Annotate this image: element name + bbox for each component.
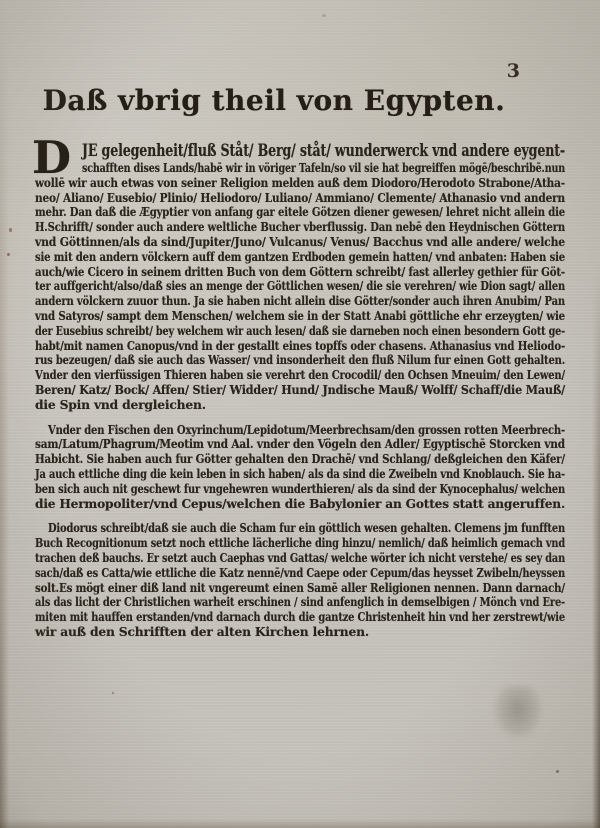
text-line: rus bezeugen/ daß sie auch das Wasser/ v… xyxy=(35,353,565,368)
text-line: solt.Es mögt einer diß land nit vngereum… xyxy=(35,581,565,596)
paper-speck xyxy=(7,253,10,256)
text-line: Beren/ Katz/ Bock/ Affen/ Stier/ Widder/… xyxy=(35,383,565,398)
text-line: Habicht. Sie haben auch fur Götter gehal… xyxy=(35,452,565,467)
text-line: Diodorus schreibt/daß sie auch die Scham… xyxy=(35,521,565,536)
text-line: H.Schrifft/ sonder auch andere weltliche… xyxy=(35,220,565,235)
text-line: sam/Latum/Phagrum/Meotim vnd Aal. vnder … xyxy=(35,437,565,452)
text-line: Vnder den vierfüssigen Thieren haben sie… xyxy=(35,368,565,383)
paragraph-1: DJE gelegenheit/fluß Ståt/ Berg/ ståt/ w… xyxy=(35,140,565,413)
text-line: Ja auch ettliche ding die kein leben in … xyxy=(35,467,565,482)
text-line: die Hermopoliter/vnd Cepus/welchen die B… xyxy=(35,497,565,512)
paper-speck xyxy=(556,770,559,773)
drop-cap: D xyxy=(32,137,71,179)
text-line: auch/wie Cicero in seinem dritten Buch v… xyxy=(35,265,565,280)
page-title: Daß vbrig theil von Egypten. xyxy=(9,84,539,117)
text-line: Vnder den Fischen den Oxyrinchum/Lepidot… xyxy=(35,423,565,438)
page-right-edge-shadow xyxy=(592,0,600,828)
text-line: der Eusebius schreibt/ bey welchem wir a… xyxy=(35,324,565,339)
text-line: mehr. Dan daß die Ægyptier von anfang ga… xyxy=(35,205,565,220)
text-line: ben sich auch nit geschewt fur vngehewre… xyxy=(35,482,565,497)
page-number: 3 xyxy=(507,60,520,82)
page-left-edge-shadow xyxy=(0,0,9,828)
text-line: wollē wir auch etwas von seiner Religion… xyxy=(35,176,565,191)
text-line: andern völckern zuuor thun. Ja sie haben… xyxy=(35,294,565,309)
text-block: DJE gelegenheit/fluß Ståt/ Berg/ ståt/ w… xyxy=(35,140,565,640)
text-line: wir auß den Schrifften der alten Kirchen… xyxy=(35,625,565,640)
book-page: 3 Daß vbrig theil von Egypten. DJE geleg… xyxy=(0,0,600,828)
paragraph-2: Vnder den Fischen den Oxyrinchum/Lepidot… xyxy=(35,423,565,512)
page-bottom-edge-shadow xyxy=(0,819,600,828)
text-line: Buch Recognitionum setzt noch ettliche l… xyxy=(35,536,565,551)
text-line: miten mit hauffen erstanden/vnd darnach … xyxy=(35,610,565,625)
text-line: sie mit den andern völckern auff dem gan… xyxy=(35,250,565,265)
text-line: die Spin vnd dergleichen. xyxy=(35,398,565,413)
paper-speck xyxy=(322,14,326,17)
paragraph-3: Diodorus schreibt/daß sie auch die Scham… xyxy=(35,521,565,639)
text-line: schafften dises Lands/habē wir in vörige… xyxy=(82,161,565,176)
ink-bleedthrough-smudge xyxy=(494,686,542,738)
text-line: vnd Göttinnen/als da sind/Jupiter/Juno/ … xyxy=(35,235,565,250)
text-line: ter auffgericht/also/daß sies an menge d… xyxy=(35,279,565,294)
text-line: als das licht der Christlichen warheit e… xyxy=(35,595,565,610)
paper-speck xyxy=(112,692,114,694)
text-line: sach/daß es Catta/wie ettliche die Katz … xyxy=(35,566,565,581)
text-line: trachen deß bauchs. Er setzt auch Caepha… xyxy=(35,551,565,566)
text-line: JE gelegenheit/fluß Ståt/ Berg/ ståt/ wu… xyxy=(82,140,565,161)
text-line: habt/mit namen Canopus/vnd in der gestal… xyxy=(35,339,565,354)
text-line: neo/ Aliano/ Eusebio/ Plinio/ Heliodoro/… xyxy=(35,191,565,206)
text-line: vnd Satyros/ sampt dem Menschen/ welchem… xyxy=(35,309,565,324)
paper-speck xyxy=(9,228,12,232)
